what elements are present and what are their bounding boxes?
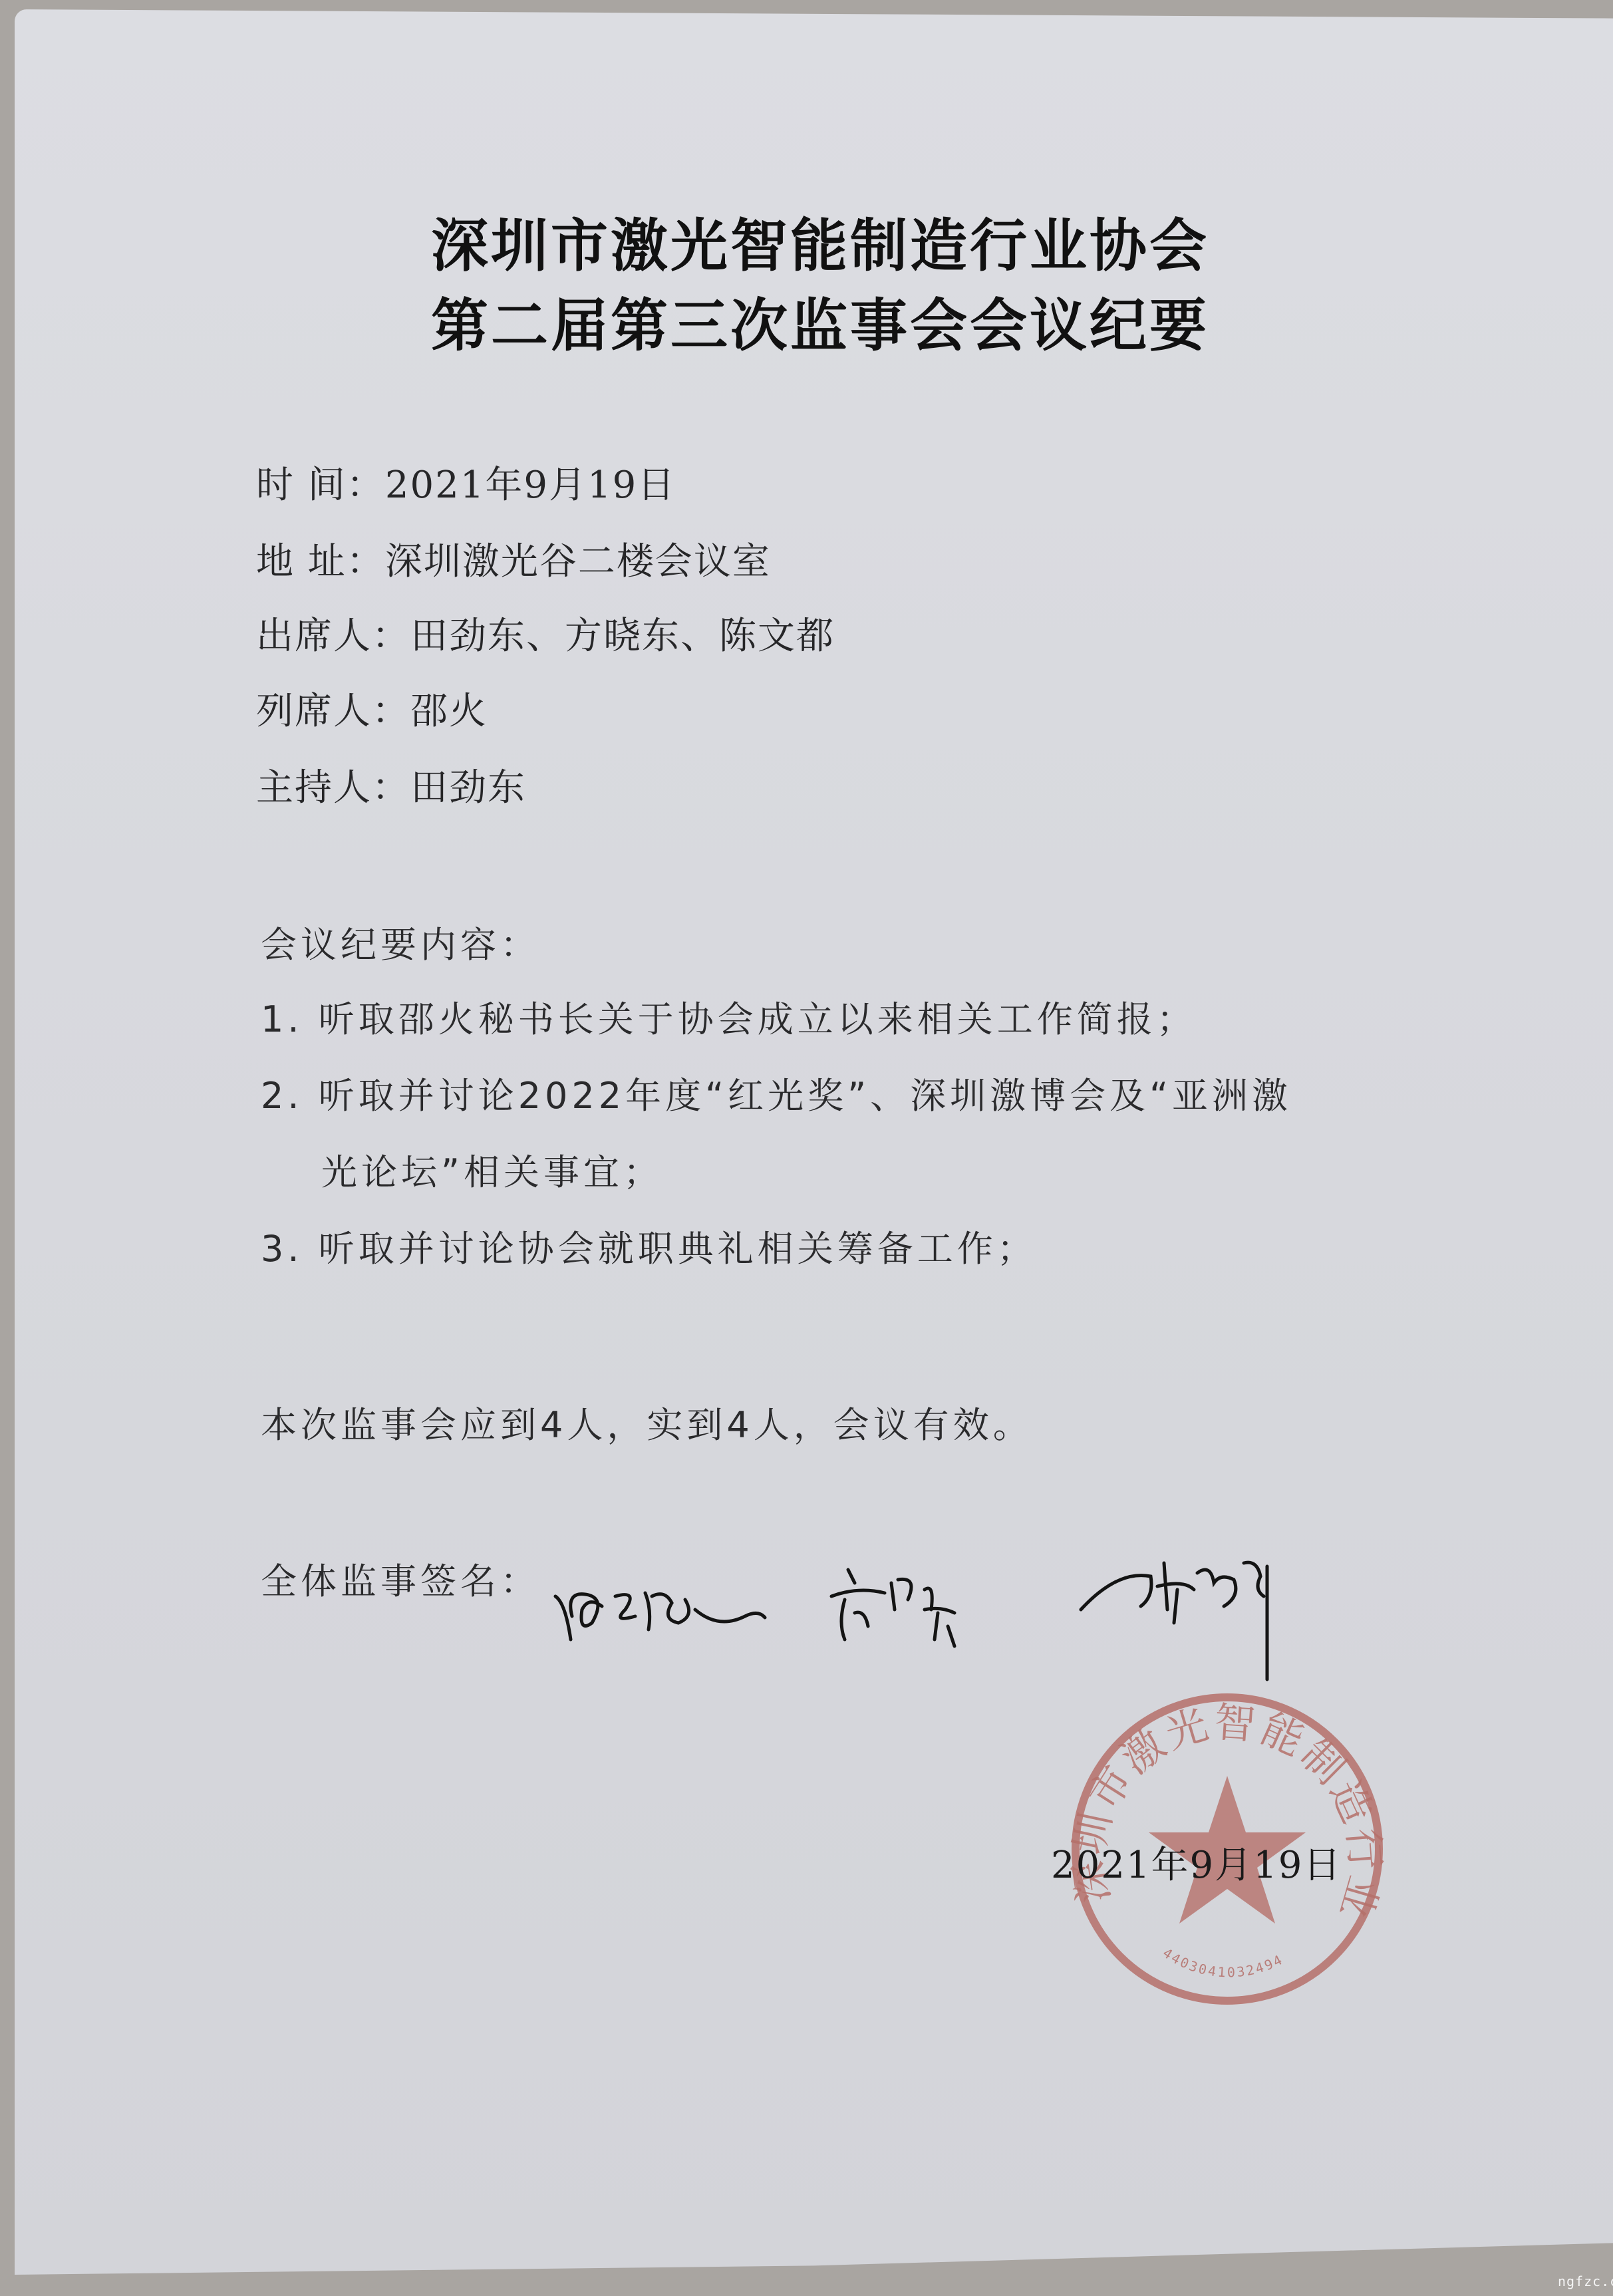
content-heading: 会议纪要内容： xyxy=(261,917,540,968)
meta-value: 田劲东 xyxy=(410,766,526,809)
agenda-item-continuation: 光论坛”相关事宜； xyxy=(321,1144,663,1195)
watermark: ngfzc.com xyxy=(1558,2273,1613,2289)
agenda-item: 2. 听取并讨论2022年度“红光奖”、深圳激博会及“亚洲激 xyxy=(261,1068,1292,1119)
agenda-text: 听取并讨论协会就职典礼相关筹备工作； xyxy=(319,1228,1037,1270)
agenda-number: 1. xyxy=(261,998,303,1040)
signature-tian-jindong xyxy=(552,1570,792,1659)
meta-label: 列席人： xyxy=(256,690,410,733)
meta-attendees: 出席人：田劲东、方晓东、陈文都 xyxy=(256,607,835,660)
signature-icon xyxy=(552,1570,792,1656)
signature-icon xyxy=(825,1563,984,1656)
signature-fang-xiaodong xyxy=(825,1563,984,1659)
signature-chen-wendu xyxy=(1078,1550,1344,1685)
date-footer: 2021年9月19日 xyxy=(1051,1836,1342,1889)
agenda-number: 3. xyxy=(261,1228,303,1270)
meta-value: 邵火 xyxy=(410,690,488,733)
meta-host: 主持人：田劲东 xyxy=(256,758,526,811)
document-title-line1: 深圳市激光智能制造行业协会 xyxy=(431,200,1209,282)
signature-icon xyxy=(1078,1550,1344,1683)
meta-time: 时 间：2021年9月19日 xyxy=(256,456,676,509)
meta-label: 主持人： xyxy=(256,766,410,809)
signature-label: 全体监事签名： xyxy=(261,1553,540,1604)
meta-value: 田劲东、方晓东、陈文都 xyxy=(410,615,835,658)
meta-value: 深圳激光谷二楼会议室 xyxy=(385,540,771,583)
document-title-line2: 第二届第三次监事会会议纪要 xyxy=(431,279,1209,362)
svg-text:4403041032494: 4403041032494 xyxy=(1160,1945,1286,1981)
quorum-statement: 本次监事会应到4人，实到4人，会议有效。 xyxy=(261,1397,1033,1448)
meta-value: 2021年9月19日 xyxy=(385,464,676,507)
agenda-number: 2. xyxy=(261,1075,303,1117)
meta-label: 时 间： xyxy=(256,464,385,507)
agenda-item: 1. 听取邵火秘书长关于协会成立以来相关工作简报； xyxy=(261,991,1197,1042)
meta-label: 地 址： xyxy=(256,540,385,583)
meta-label: 出席人： xyxy=(256,615,410,658)
agenda-text: 听取邵火秘书长关于协会成立以来相关工作简报； xyxy=(319,998,1197,1040)
agenda-item: 3. 听取并讨论协会就职典礼相关筹备工作； xyxy=(261,1220,1037,1272)
meta-observers: 列席人：邵火 xyxy=(256,682,488,735)
agenda-text: 听取并讨论2022年度“红光奖”、深圳激博会及“亚洲激 xyxy=(319,1075,1292,1117)
meta-address: 地 址：深圳激光谷二楼会议室 xyxy=(256,532,771,585)
